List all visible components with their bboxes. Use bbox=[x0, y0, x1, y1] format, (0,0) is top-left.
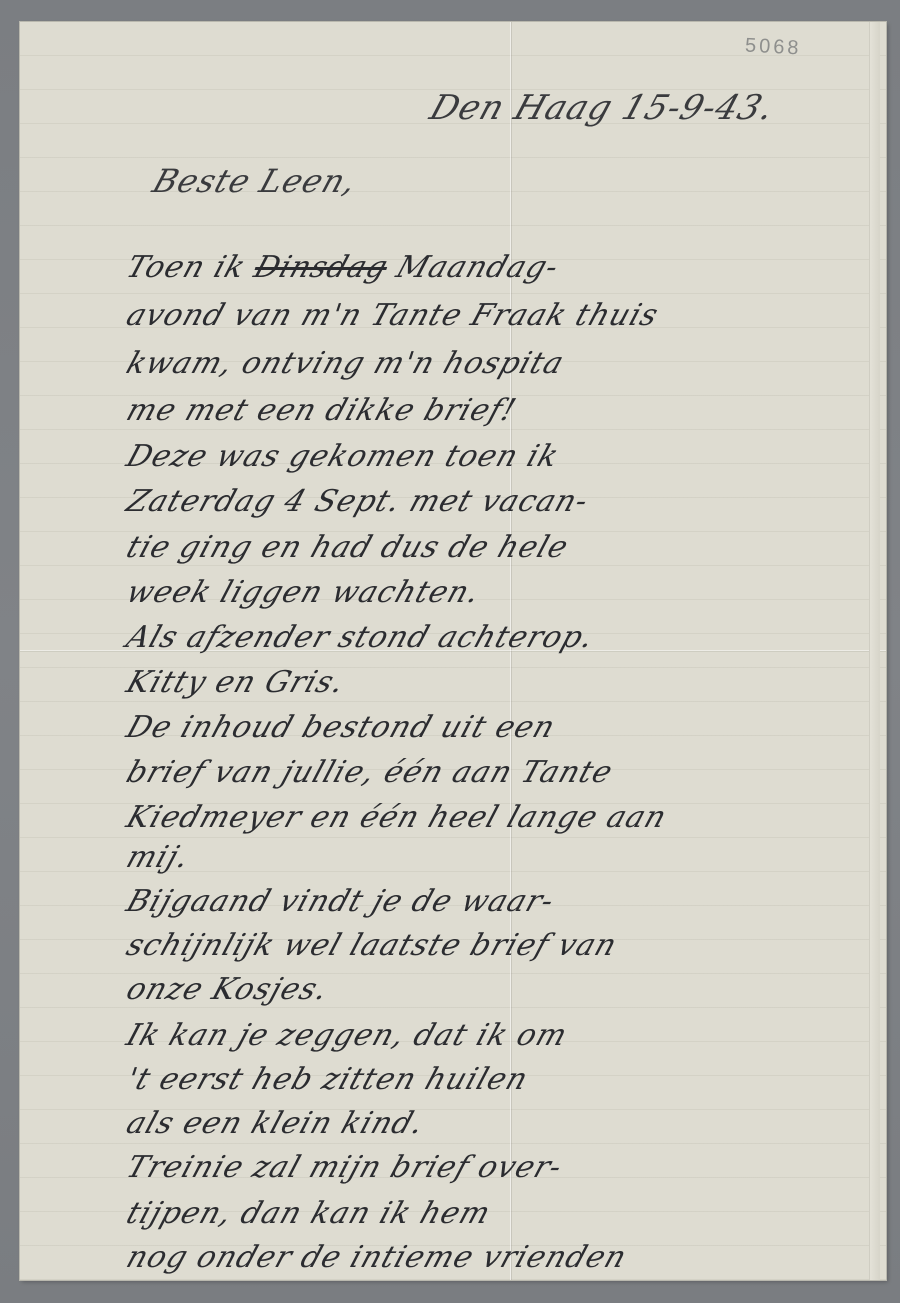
letter-line: Ik kan je zeggen, dat ik om bbox=[122, 1018, 572, 1053]
letter-line: Zaterdag 4 Sept. met vacan- bbox=[122, 484, 593, 519]
struck-word: Dinsdag bbox=[250, 250, 393, 285]
letter-line-text: Maandag- bbox=[381, 250, 563, 285]
letter-line: tie ging en had dus de hele bbox=[122, 530, 573, 565]
letter-line: Bijgaand vindt je de waar- bbox=[122, 884, 559, 919]
letter-line: mij. bbox=[122, 840, 194, 875]
letter-line: Als afzender stond achterop. bbox=[122, 620, 599, 655]
letter-line: week liggen wachten. bbox=[122, 575, 485, 610]
letter-line: tijpen, dan kan ik hem bbox=[122, 1196, 495, 1231]
letter-sheet: 5068 Den Haag 15-9-43. Beste Leen, Toen … bbox=[20, 22, 886, 1280]
letter-line: Treinie zal mijn brief over- bbox=[122, 1150, 567, 1185]
letter-line: Kitty en Gris. bbox=[122, 665, 349, 700]
letter-line: 't eerst heb zitten huilen bbox=[122, 1062, 533, 1097]
letter-line: schijnlijk wel laatste brief van bbox=[122, 928, 622, 963]
letter-line: kwam, ontving m'n hospita bbox=[122, 346, 569, 381]
letter-line: Toen ik Dinsdag Maandag- bbox=[122, 250, 563, 285]
letter-body: Toen ik Dinsdag Maandag- avond van m'n T… bbox=[20, 22, 886, 1280]
letter-line: onze Kosjes. bbox=[122, 972, 333, 1007]
letter-line: als een klein kind. bbox=[122, 1106, 429, 1141]
letter-line: nog onder de intieme vrienden bbox=[122, 1240, 632, 1275]
letter-line: Deze was gekomen toen ik bbox=[122, 439, 564, 474]
letter-line: De inhoud bestond uit een bbox=[122, 710, 560, 745]
letter-line: avond van m'n Tante Fraak thuis bbox=[122, 298, 663, 333]
letter-line: Kiedmeyer en één heel lange aan bbox=[122, 800, 671, 835]
letter-line-text: Toen ik bbox=[122, 250, 261, 285]
letter-line: me met een dikke brief! bbox=[122, 393, 521, 428]
letter-line: brief van jullie, één aan Tante bbox=[122, 755, 618, 790]
